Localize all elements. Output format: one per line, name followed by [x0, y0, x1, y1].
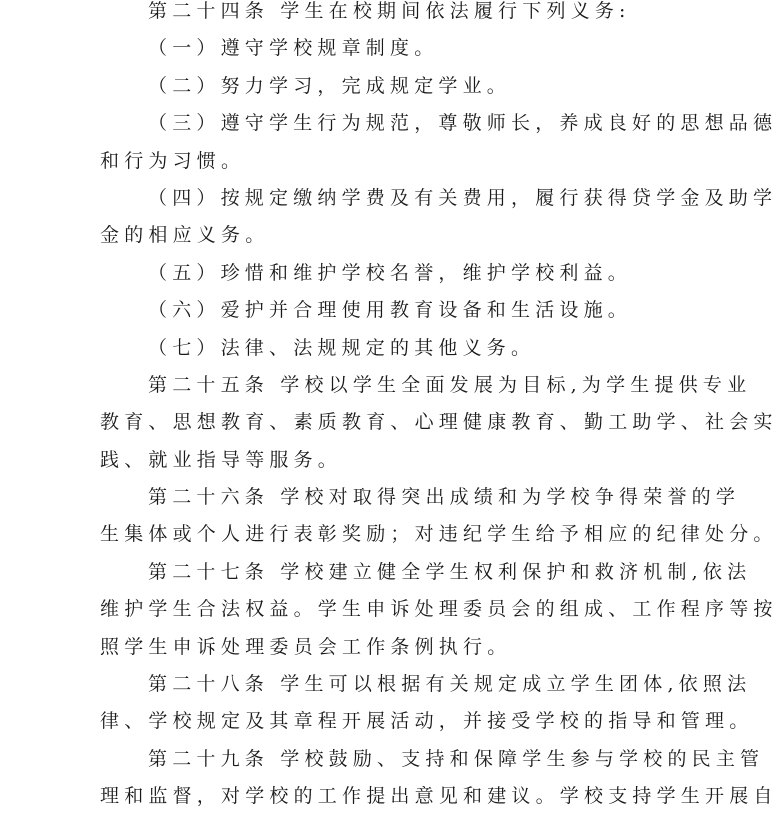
article-24-item-7: （七）法律、法规规定的其他义务。	[100, 330, 700, 367]
article-28-cont: 律、学校规定及其章程开展活动，并接受学校的指导和管理。	[100, 703, 700, 740]
article-25-cont-2: 践、就业指导等服务。	[100, 442, 700, 479]
article-24-item-5: （五）珍惜和维护学校名誉，维护学校利益。	[100, 255, 700, 292]
article-25: 第二十五条 学校以学生全面发展为目标,为学生提供专业	[100, 367, 700, 404]
article-24-heading: 第二十四条 学生在校期间依法履行下列义务:	[100, 0, 700, 30]
document-page: 第二十四条 学生在校期间依法履行下列义务: （一）遵守学校规章制度。 （二）努力…	[100, 0, 700, 816]
article-26: 第二十六条 学校对取得突出成绩和为学校争得荣誉的学	[100, 479, 700, 516]
article-24-item-3: （三）遵守学生行为规范，尊敬师长，养成良好的思想品德	[100, 105, 700, 142]
article-24-item-4-cont: 金的相应义务。	[100, 217, 700, 254]
article-28: 第二十八条 学生可以根据有关规定成立学生团体,依照法	[100, 666, 700, 703]
article-24-item-2: （二）努力学习，完成规定学业。	[100, 68, 700, 105]
article-24-item-6: （六）爱护并合理使用教育设备和生活设施。	[100, 292, 700, 329]
article-24-item-4: （四）按规定缴纳学费及有关费用，履行获得贷学金及助学	[100, 180, 700, 217]
article-25-cont-1: 教育、思想教育、素质教育、心理健康教育、勤工助学、社会实	[100, 404, 700, 441]
article-27: 第二十七条 学校建立健全学生权利保护和救济机制,依法	[100, 554, 700, 591]
article-29-cont: 理和监督，对学校的工作提出意见和建议。学校支持学生开展自	[100, 778, 700, 815]
article-29: 第二十九条 学校鼓励、支持和保障学生参与学校的民主管	[100, 741, 700, 778]
article-24-item-1: （一）遵守学校规章制度。	[100, 30, 700, 67]
article-24-item-3-cont: 和行为习惯。	[100, 143, 700, 180]
article-27-cont-1: 维护学生合法权益。学生申诉处理委员会的组成、工作程序等按	[100, 591, 700, 628]
article-27-cont-2: 照学生申诉处理委员会工作条例执行。	[100, 629, 700, 666]
article-26-cont: 生集体或个人进行表彰奖励；对违纪学生给予相应的纪律处分。	[100, 516, 700, 553]
